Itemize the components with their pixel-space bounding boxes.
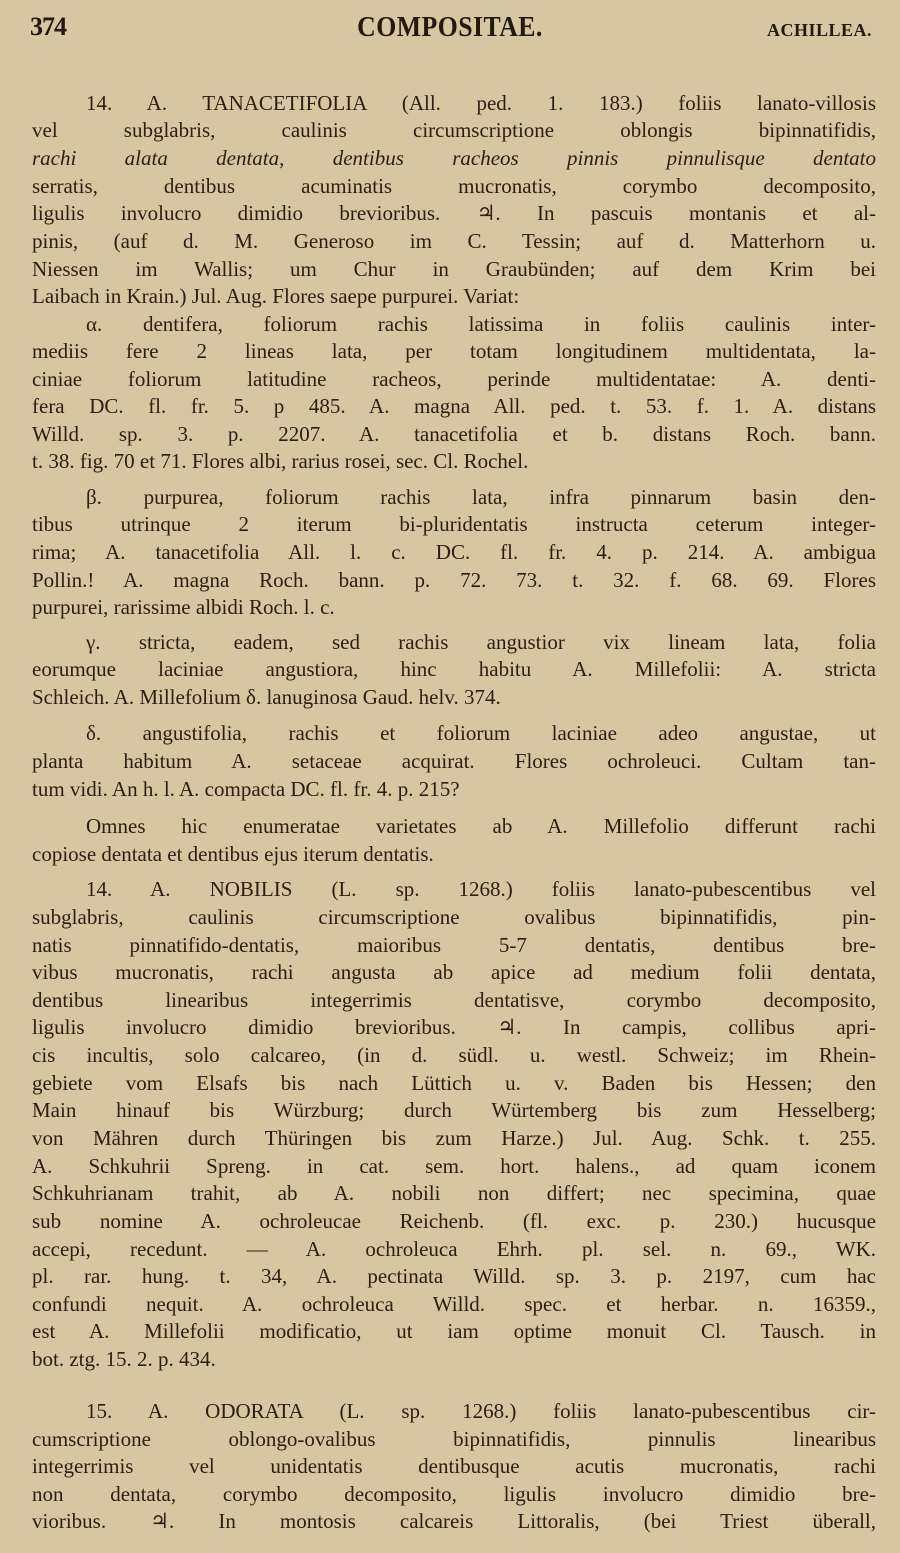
text-line: fera DC. fl. fr. 5. p 485. A. magna All.… (32, 394, 876, 418)
text-line: 15. A. ODORATA (L. sp. 1268.) foliis lan… (86, 1399, 876, 1423)
text-line: rima; A. tanacetifolia All. l. c. DC. fl… (32, 540, 876, 564)
text-line: dentibus linearibus integerrimis dentati… (32, 988, 876, 1012)
text-line: vibus mucronatis, rachi angusta ab apice… (32, 960, 876, 984)
text-line: von Mähren durch Thüringen bis zum Harze… (32, 1126, 876, 1150)
text-line: β. purpurea, foliorum rachis lata, infra… (86, 485, 876, 509)
text-line: ciniae foliorum latitudine racheos, peri… (32, 367, 876, 391)
text-line: ligulis involucro dimidio brevioribus. ♃… (32, 201, 876, 225)
text-line: Omnes hic enumeratae varietates ab A. Mi… (86, 814, 876, 838)
book-page: 374 COMPOSITAE. ACHILLEA. 14. A. TANACET… (0, 0, 900, 1553)
text-line: natis pinnatifido-dentatis, maioribus 5-… (32, 933, 876, 957)
text-line: t. 38. fig. 70 et 71. Flores albi, rariu… (32, 449, 876, 473)
text-line: purpurei, rarissime albidi Roch. l. c. (32, 595, 876, 619)
text-line: copiose dentata et dentibus ejus iterum … (32, 842, 876, 866)
text-line: Schkuhrianam trahit, ab A. nobili non di… (32, 1181, 876, 1205)
text-line: 14. A. TANACETIFOLIA (All. ped. 1. 183.)… (86, 91, 876, 115)
text-line: vioribus. ♃. In montosis calcareis Litto… (32, 1509, 876, 1533)
text-line: bot. ztg. 15. 2. p. 434. (32, 1347, 876, 1371)
text-line: Schleich. A. Millefolium δ. lanuginosa G… (32, 685, 876, 709)
text-line: pl. rar. hung. t. 34, A. pectinata Willd… (32, 1264, 876, 1288)
text-line: cumscriptione oblongo-ovalibus bipinnati… (32, 1427, 876, 1451)
text-line: cis incultis, solo calcareo, (in d. südl… (32, 1043, 876, 1067)
text-line: A. Schkuhrii Spreng. in cat. sem. hort. … (32, 1154, 876, 1178)
text-line: integerrimis vel unidentatis dentibusque… (32, 1454, 876, 1478)
text-line: mediis fere 2 lineas lata, per totam lon… (32, 339, 876, 363)
text-line: Laibach in Krain.) Jul. Aug. Flores saep… (32, 284, 876, 308)
page-title: COMPOSITAE. (36, 12, 864, 44)
text-line: est A. Millefolii modificatio, ut iam op… (32, 1319, 876, 1343)
text-line: α. dentifera, foliorum rachis latissima … (86, 312, 876, 336)
text-line: Pollin.! A. magna Roch. bann. p. 72. 73.… (32, 568, 876, 592)
text-line: tum vidi. An h. l. A. compacta DC. fl. f… (32, 777, 876, 801)
text-line: γ. stricta, eadem, sed rachis angustior … (86, 630, 876, 654)
text-line: vel subglabris, caulinis circumscription… (32, 118, 876, 142)
text-line: sub nomine A. ochroleucae Reichenb. (fl.… (32, 1209, 876, 1233)
text-line: Main hinauf bis Würzburg; durch Würtembe… (32, 1098, 876, 1122)
text-line: non dentata, corymbo decomposito, liguli… (32, 1482, 876, 1506)
text-line: eorumque laciniae angustiora, hinc habit… (32, 657, 876, 681)
running-head: ACHILLEA. (767, 20, 872, 41)
text-line: rachi alata dentata, dentibus racheos pi… (32, 146, 876, 170)
text-line: accepi, recedunt. — A. ochroleuca Ehrh. … (32, 1237, 876, 1261)
text-line: gebiete vom Elsafs bis nach Lüttich u. v… (32, 1071, 876, 1095)
text-line: serratis, dentibus acuminatis mucronatis… (32, 174, 876, 198)
text-line: planta habitum A. setaceae acquirat. Flo… (32, 749, 876, 773)
text-line: subglabris, caulinis circumscriptione ov… (32, 905, 876, 929)
text-line: ligulis involucro dimidio brevioribus. ♃… (32, 1015, 876, 1039)
text-line: Niessen im Wallis; um Chur in Graubünden… (32, 257, 876, 281)
text-line: tibus utrinque 2 iterum bi-pluridentatis… (32, 512, 876, 536)
text-line: confundi nequit. A. ochroleuca Willd. sp… (32, 1292, 876, 1316)
text-line: δ. angustifolia, rachis et foliorum laci… (86, 721, 876, 745)
text-line: 14. A. NOBILIS (L. sp. 1268.) foliis lan… (86, 877, 876, 901)
text-line: Willd. sp. 3. p. 2207. A. tanacetifolia … (32, 422, 876, 446)
text-line: pinis, (auf d. M. Generoso im C. Tessin;… (32, 229, 876, 253)
